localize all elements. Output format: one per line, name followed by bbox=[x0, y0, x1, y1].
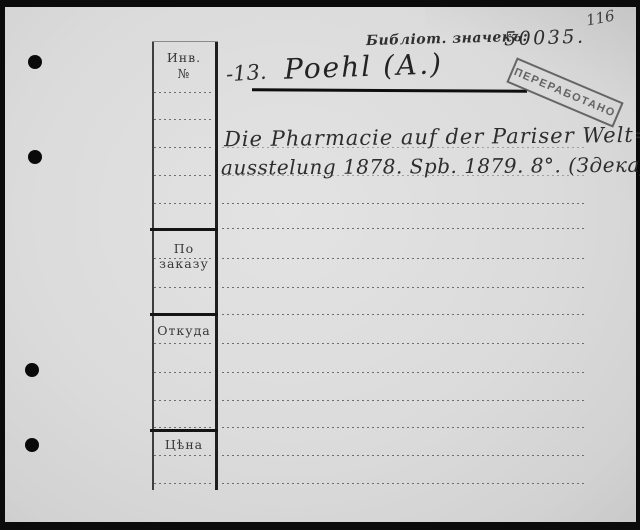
dotted-rule-line bbox=[154, 175, 214, 177]
punch-hole bbox=[28, 150, 42, 164]
dotted-rule-line bbox=[222, 427, 585, 429]
dotted-rule-line bbox=[222, 258, 585, 260]
label-origin: Откуда bbox=[152, 323, 216, 338]
library-mark-number: 50035. bbox=[504, 26, 586, 51]
label-by-order: По заказу bbox=[152, 241, 216, 271]
dotted-rule-line bbox=[222, 372, 585, 374]
dotted-rule-line bbox=[154, 287, 214, 289]
label-inventory: Инв. bbox=[152, 50, 216, 65]
entry-author: Poehl (А.) bbox=[283, 47, 443, 86]
dotted-rule-line bbox=[222, 314, 585, 316]
dotted-rule-line bbox=[154, 483, 214, 485]
dotted-rule-line bbox=[222, 455, 585, 457]
dotted-rule-line bbox=[154, 92, 214, 94]
punch-hole bbox=[25, 363, 39, 377]
dotted-rule-line bbox=[222, 203, 585, 205]
section-divider-line bbox=[150, 429, 218, 432]
table-top-border bbox=[152, 41, 218, 42]
dotted-rule-line bbox=[222, 287, 585, 289]
dotted-rule-line bbox=[154, 455, 214, 457]
dotted-rule-line bbox=[154, 147, 214, 149]
label-inventory-no: № bbox=[152, 66, 216, 81]
section-divider-line bbox=[150, 313, 218, 316]
dotted-rule-line bbox=[222, 228, 585, 230]
entry-inventory-number: -13. bbox=[225, 60, 267, 87]
entry-title-line1: Die Pharmacie auf der Pariser Welt= bbox=[224, 123, 640, 151]
punch-hole bbox=[28, 55, 42, 69]
dotted-rule-line bbox=[154, 400, 214, 402]
dotted-rule-line bbox=[222, 400, 585, 402]
entry-title-line2: ausstelung 1878. Spb. 1879. 8°. (Здекауэ… bbox=[221, 152, 640, 179]
dotted-rule-line bbox=[154, 343, 214, 345]
dotted-rule-line bbox=[154, 372, 214, 374]
scanned-catalog-card: Инв. № По заказу Откуда Цѣна Библіот. зн… bbox=[0, 0, 640, 530]
section-divider-line bbox=[150, 228, 218, 231]
dotted-rule-line bbox=[154, 203, 214, 205]
dotted-rule-line bbox=[222, 343, 585, 345]
punch-hole bbox=[25, 438, 39, 452]
label-price: Цѣна bbox=[152, 437, 216, 452]
dotted-rule-line bbox=[154, 427, 214, 429]
dotted-rule-line bbox=[154, 119, 214, 121]
dotted-rule-line bbox=[222, 483, 585, 485]
